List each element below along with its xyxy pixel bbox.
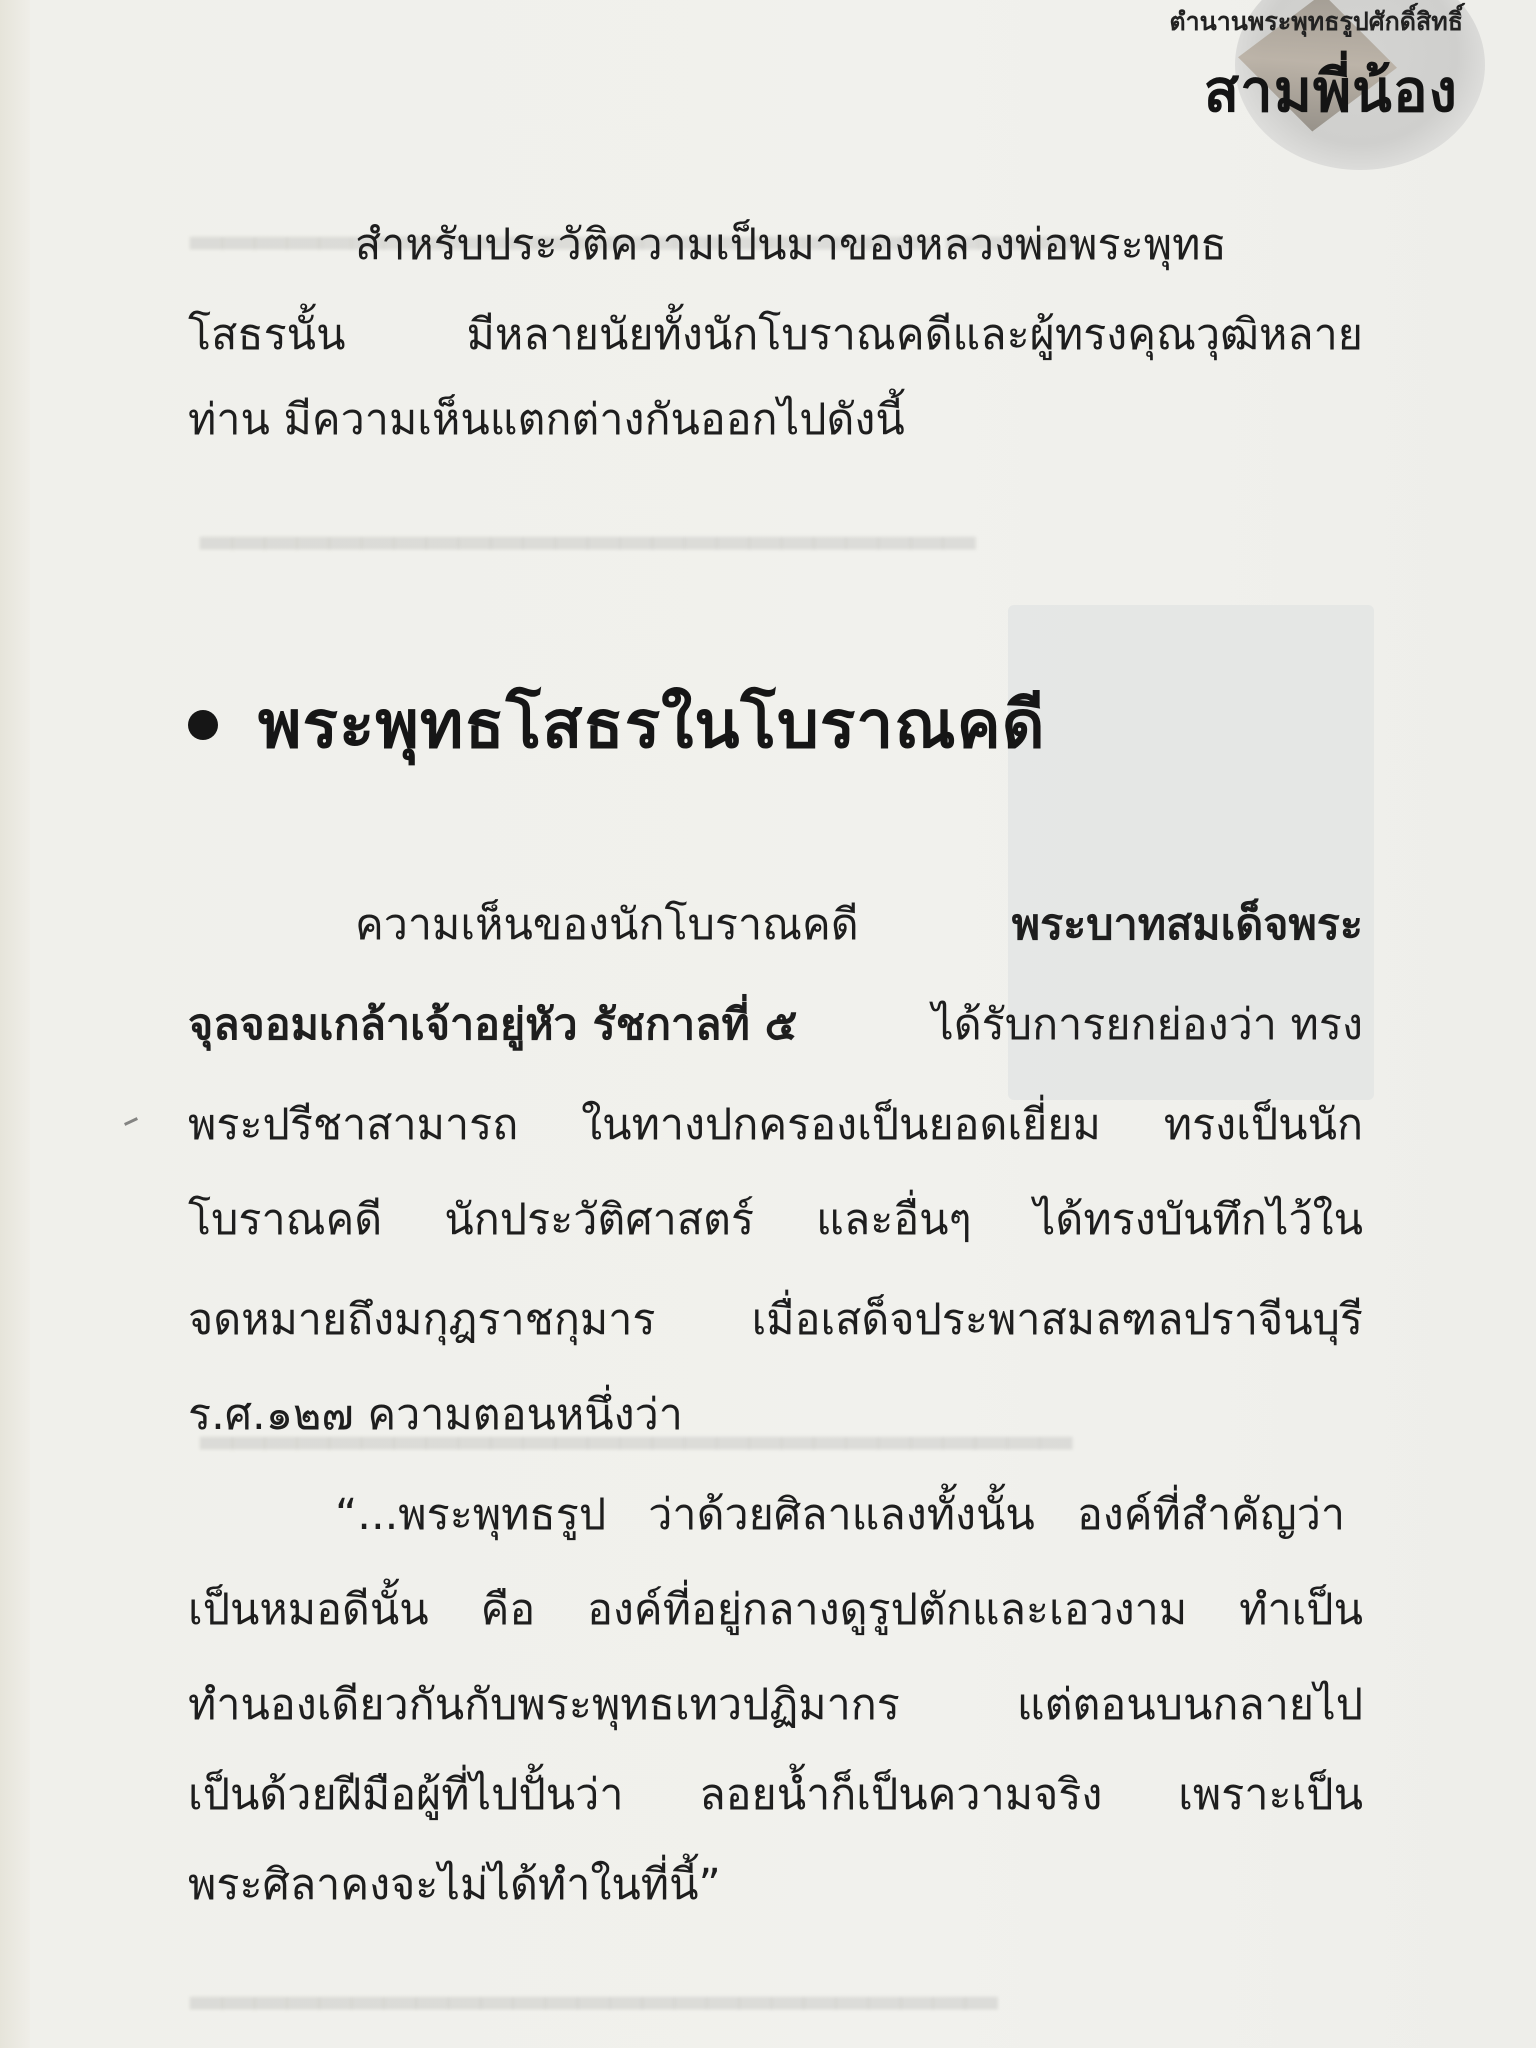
margin-mark xyxy=(124,1117,138,1126)
paragraph-line: สำหรับประวัติความเป็นมาของหลวงพ่อพระพุทธ xyxy=(355,215,1363,275)
paragraph-line: ท่าน มีความเห็นแตกต่างกันออกไปดังนี้ xyxy=(188,390,1363,450)
book-title: สามพี่น้อง xyxy=(1204,44,1458,137)
quote-line: เป็นหมอดีนั้น คือ องค์ที่อยู่กลางดูรูปตั… xyxy=(188,1580,1363,1640)
king-name-bold: พระบาทสมเด็จพระ xyxy=(1012,895,1363,955)
quote-line: ทำนองเดียวกันกับพระพุทธเทวปฏิมากร แต่ตอน… xyxy=(188,1675,1363,1735)
paragraph-line: จุลจอมเกล้าเจ้าอยู่หัว รัชกาลที่ ๕ ได้รั… xyxy=(188,995,1363,1055)
quote-line: เป็นด้วยฝีมือผู้ที่ไปปั้นว่า ลอยน้ำก็เป็… xyxy=(188,1765,1363,1825)
page-gutter-edge xyxy=(0,0,30,2048)
paragraph-line: โบราณคดี นักประวัติศาสตร์ และอื่นๆ ได้ทร… xyxy=(188,1190,1363,1250)
reverse-side-text-show-through: ▂▂▂▂▂▂▂▂▂▂▂▂▂▂▂▂▂▂▂▂▂▂▂▂ xyxy=(200,500,975,549)
paragraph-text: ความเห็นของนักโบราณคดี xyxy=(355,895,859,955)
quote-line: “...พระพุทธรูป ว่าด้วยศิลาแลงทั้งนั้น อง… xyxy=(335,1485,1345,1545)
paragraph-line: จดหมายถึงมกุฎราชกุมาร เมื่อเสด็จประพาสมล… xyxy=(188,1290,1363,1350)
series-title: ตำนานพระพุทธรูปศักดิ์สิทธิ์ xyxy=(1169,2,1463,42)
bullet-icon xyxy=(188,710,218,740)
book-page: ▂▂▂▂ ▂▂▂▂▂▂▂▂▂▂▂▂▂▂▂▂▂▂▂▂▂▂▂ ▂▂▂▂▂▂▂▂▂▂▂… xyxy=(0,0,1536,2048)
paragraph-line: พระปรีชาสามารถ ในทางปกครองเป็นยอดเยี่ยม … xyxy=(188,1095,1363,1155)
section-heading-text: พระพุทธโสธรในโบราณคดี xyxy=(258,672,1046,777)
king-name-bold: จุลจอมเกล้าเจ้าอยู่หัว รัชกาลที่ ๕ xyxy=(188,995,797,1055)
paragraph-line: ความเห็นของนักโบราณคดี พระบาทสมเด็จพระ xyxy=(355,895,1363,955)
paragraph-line: โสธรนั้น มีหลายนัยทั้งนักโบราณคดีและผู้ท… xyxy=(188,305,1363,365)
reverse-side-text-show-through: ▂▂▂▂▂▂▂▂▂▂▂▂▂▂▂▂▂▂▂▂▂▂▂▂▂ xyxy=(190,1960,998,2009)
section-heading: พระพุทธโสธรในโบราณคดี xyxy=(188,672,1046,777)
paragraph-line: ร.ศ.๑๒๗ ความตอนหนึ่งว่า xyxy=(188,1385,1363,1445)
quote-line: พระศิลาคงจะไม่ได้ทำในที่นี้” xyxy=(188,1855,1363,1915)
paragraph-text: ได้รับการยกย่องว่า ทรง xyxy=(932,995,1363,1055)
